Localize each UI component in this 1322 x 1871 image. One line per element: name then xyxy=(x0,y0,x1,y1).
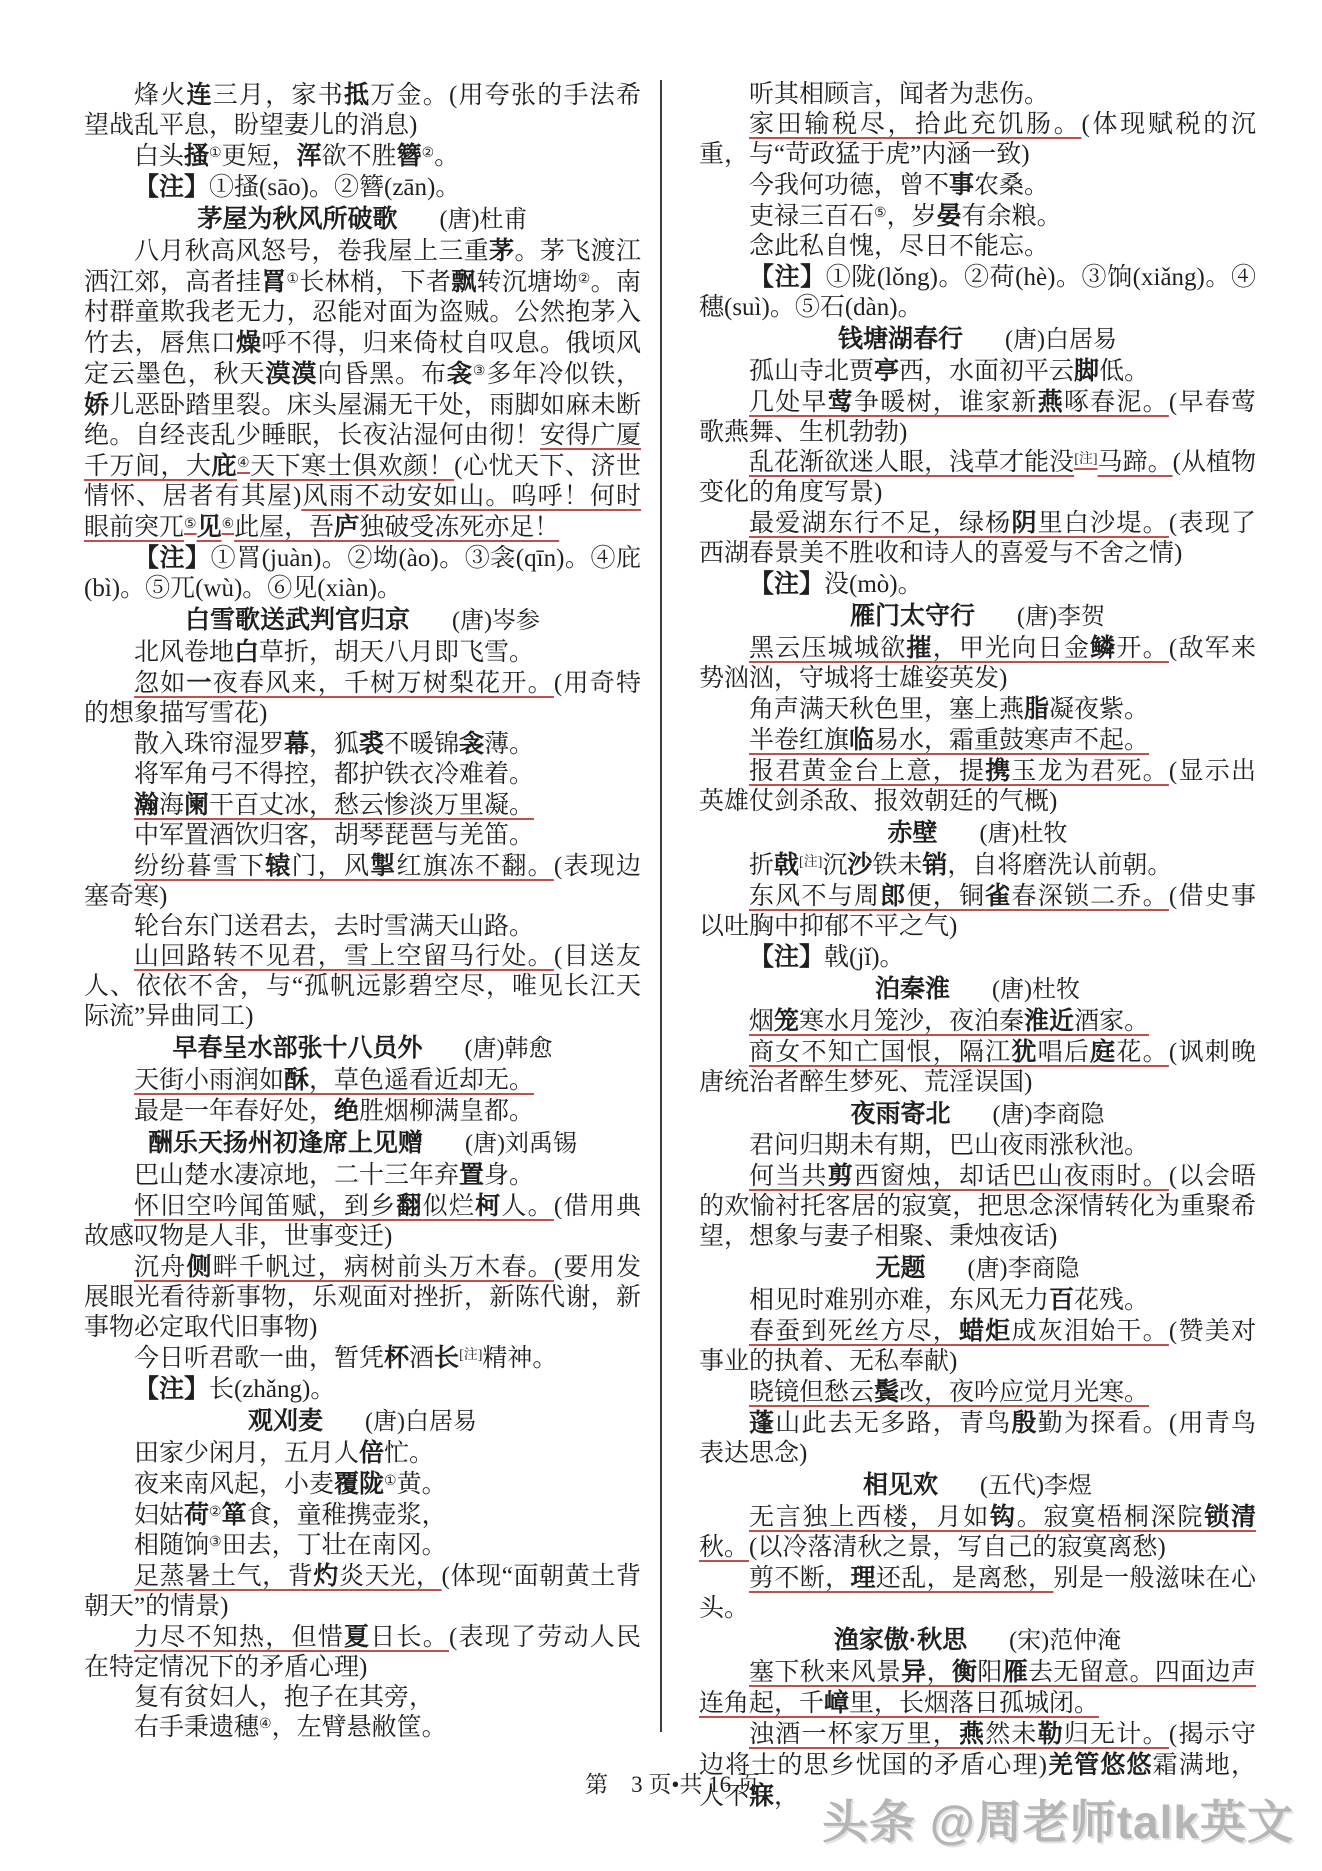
text-segment: 马蹄。 xyxy=(1098,449,1173,476)
text-segment: 独破受冻死亦足！ xyxy=(359,514,559,541)
text-segment: ⑤ xyxy=(874,206,887,221)
poem-paragraph: 妇姑荷②箪食，童稚携壶浆， xyxy=(84,1500,641,1531)
text-segment: ， xyxy=(927,1659,952,1686)
text-segment: ③ xyxy=(209,1535,222,1550)
text-segment: 寒水月笼沙，夜泊秦 xyxy=(799,1008,1024,1035)
text-segment: 人。 xyxy=(501,1193,553,1220)
text-segment: ，左臂悬敝筐。 xyxy=(272,1714,447,1741)
text-segment: 脂 xyxy=(1024,695,1049,723)
text-segment: 荷 xyxy=(184,1501,209,1529)
text-segment: 巴山楚水凄凉地，二十三年弃 xyxy=(134,1162,459,1189)
text-segment: 妇姑 xyxy=(134,1502,184,1529)
text-segment: 覆陇 xyxy=(334,1470,384,1498)
poem-title-line: 赤壁(唐)杜牧 xyxy=(699,818,1256,849)
text-segment: 多年冷似铁， xyxy=(486,361,641,388)
poem-paragraph: 怀旧空吟闻笛赋，到乡翻似烂柯人。(借用典故感叹物是人非，世事变迁) xyxy=(84,1191,641,1252)
poem-title: 钱塘湖春行 xyxy=(838,325,963,353)
text-segment: 白头 xyxy=(134,143,184,170)
text-segment: ① xyxy=(384,1474,397,1489)
text-segment: 纷纷暮雪下 xyxy=(134,853,265,880)
text-segment: 搔 xyxy=(184,142,209,170)
text-segment: 【注】 xyxy=(749,943,824,971)
poem-paragraph: 最是一年春好处，绝胜烟柳满皇都。 xyxy=(84,1096,641,1127)
text-segment: 绝 xyxy=(334,1097,359,1125)
text-segment: 三月，家书 xyxy=(213,82,344,109)
text-segment: 黄。 xyxy=(397,1471,447,1498)
text-segment: 不暖锦 xyxy=(384,731,459,758)
text-segment: 足蒸暑土气，背 xyxy=(134,1563,313,1590)
text-segment: 阑 xyxy=(184,791,209,819)
text-segment: 此屋，吾 xyxy=(234,514,334,541)
text-segment: 连 xyxy=(187,81,213,109)
text-segment: ④ xyxy=(237,456,250,471)
text-segment: 柯 xyxy=(475,1192,501,1220)
text-segment: 酒家。 xyxy=(1074,1008,1149,1035)
text-segment: 干百丈冰，愁云惨淡万里凝。 xyxy=(209,792,534,819)
text-segment: 飘 xyxy=(451,268,476,296)
text-segment: 烽火 xyxy=(134,82,187,109)
text-segment: 啄春泥。 xyxy=(1064,389,1169,416)
poem-author: (唐)李商隐 xyxy=(993,1102,1105,1128)
poem-paragraph: 吏禄三百石⑤，岁晏有余粮。 xyxy=(699,201,1256,232)
text-segment: 庭 xyxy=(1090,1038,1116,1066)
text-segment: 临 xyxy=(849,726,874,754)
poem-author: (唐)韩愈 xyxy=(465,1036,553,1062)
poem-title: 无题 xyxy=(876,1254,926,1282)
poem-paragraph: 春蚕到死丝方尽，蜡炬成灰泪始干。(赞美对事业的执着、无私奉献) xyxy=(699,1316,1256,1377)
poem-paragraph: 晓镜但愁云鬓改，夜吟应觉月光寒。 xyxy=(699,1377,1256,1408)
poem-title: 白雪歌送武判官归京 xyxy=(185,606,410,634)
text-segment: 笼 xyxy=(774,1007,799,1035)
text-segment: 【注】 xyxy=(134,544,211,572)
text-segment: 最爱湖东行不足，绿杨 xyxy=(749,510,1011,537)
text-segment: 家田输税尽，拾此充饥肠。 xyxy=(749,111,1081,138)
text-segment: 无言独上西楼，月如 xyxy=(749,1504,990,1531)
text-segment: 春深锁二乔。 xyxy=(1011,883,1168,910)
poem-title: 酬乐天扬州初逢席上见赠 xyxy=(148,1129,423,1157)
text-segment: 今我何功德，曾不 xyxy=(749,172,949,199)
poem-paragraph: 何当共剪西窗烛，却话巴山夜雨时。(以会晤的欢愉衬托客居的寂寞，把思念深情转化为重… xyxy=(699,1161,1256,1252)
text-segment: 山回路转不见君，雪上空留马行处。 xyxy=(134,943,554,970)
text-segment: ，甲光向日金 xyxy=(933,635,1090,662)
note-paragraph: 【注】没(mò)。 xyxy=(699,569,1256,600)
text-segment: 夏 xyxy=(344,1623,370,1651)
text-segment: 莺 xyxy=(828,388,854,416)
text-segment: 浑 xyxy=(297,142,322,170)
text-segment: 散入珠帘湿罗 xyxy=(134,731,284,758)
text-segment: 。 xyxy=(434,143,459,170)
poem-paragraph: 散入珠帘湿罗幕，狐裘不暖锦衾薄。 xyxy=(84,729,641,760)
poem-title-line: 茅屋为秋风所破歌(唐)杜甫 xyxy=(84,204,641,235)
poem-title-line: 渔家傲·秋思(宋)范仲淹 xyxy=(699,1625,1256,1656)
poem-title-line: 早春呈水部张十八员外(唐)韩愈 xyxy=(84,1033,641,1064)
text-segment: 天街小雨润如 xyxy=(134,1067,284,1094)
poem-paragraph: 半卷红旗临易水，霜重鼓寒声不起。 xyxy=(699,725,1256,756)
text-segment: 剪 xyxy=(828,1162,854,1190)
text-segment: 农桑。 xyxy=(974,172,1049,199)
text-segment: 几处早 xyxy=(749,389,828,416)
text-segment: 沉 xyxy=(822,852,847,879)
poem-author: (唐)白居易 xyxy=(365,1409,477,1435)
text-segment: 蜡炬 xyxy=(959,1317,1012,1345)
poem-paragraph: 黑云压城城欲摧，甲光向日金鳞开。(敌军来势汹汹，守城将士雄姿英发) xyxy=(699,633,1256,694)
text-segment: 见 xyxy=(197,513,222,541)
text-segment: 庇 xyxy=(212,452,238,480)
text-segment: 转沉塘坳 xyxy=(477,269,578,296)
text-segment: 雁 xyxy=(1003,1658,1028,1686)
poem-title-line: 酬乐天扬州初逢席上见赠(唐)刘禹锡 xyxy=(84,1128,641,1159)
text-segment: 戟 xyxy=(774,851,799,879)
poem-paragraph: 右手秉遗穗④，左臂悬敝筐。 xyxy=(84,1713,641,1743)
text-segment: 淮近 xyxy=(1024,1007,1074,1035)
poem-paragraph: 纷纷暮雪下辕门，风掣红旗冻不翻。(表现边塞奇寒) xyxy=(84,851,641,912)
text-segment: 里，长烟落日孤城闭。 xyxy=(849,1690,1099,1717)
text-segment: 今日听君歌一曲，暂凭 xyxy=(134,1345,384,1372)
poem-title-line: 雁门太守行(唐)李贺 xyxy=(699,601,1256,632)
poem-paragraph: 剪不断，理还乱，是离愁，别是一般滋味在心头。 xyxy=(699,1563,1256,1624)
poem-author: (唐)刘禹锡 xyxy=(465,1131,577,1157)
text-segment: 向昏黑。布 xyxy=(317,361,447,388)
text-segment: 黑云压城城欲 xyxy=(749,635,906,662)
text-segment: 食，童稚携壶浆， xyxy=(247,1502,447,1529)
text-segment: 炎天光， xyxy=(339,1563,442,1590)
poem-title-line: 钱塘湖春行(唐)白居易 xyxy=(699,324,1256,355)
poem-title-line: 相见欢(五代)李煜 xyxy=(699,1470,1256,1501)
poem-paragraph: 念此私自愧，尽日不能忘。 xyxy=(699,232,1256,262)
text-segment: 【注】 xyxy=(134,1375,209,1403)
text-segment: 西，水面初平云 xyxy=(899,358,1074,385)
text-segment: 报君黄金台上意，提 xyxy=(749,758,985,785)
poem-paragraph: 相见时难别亦难，东风无力百花残。 xyxy=(699,1285,1256,1316)
text-segment: 烟 xyxy=(749,1008,774,1035)
poem-title-line: 夜雨寄北(唐)李商隐 xyxy=(699,1099,1256,1130)
text-segment: 长林梢，下者 xyxy=(299,269,451,296)
poem-paragraph: 乱花渐欲迷人眼，浅草才能没[注]马蹄。(从植物变化的角度写景) xyxy=(699,448,1256,508)
text-segment: 郎 xyxy=(880,882,906,910)
text-segment: 改，夜吟应觉月光寒。 xyxy=(899,1379,1149,1406)
text-segment: 雀 xyxy=(985,882,1011,910)
text-segment: 低。 xyxy=(1099,358,1149,385)
text-segment: 箪 xyxy=(222,1501,247,1529)
poem-author: (唐)李贺 xyxy=(1017,604,1105,630)
poem-paragraph: 力尽不知热，但惜夏日长。(表现了劳动人民在特定情况下的矛盾心理) xyxy=(84,1622,641,1683)
note-paragraph: 【注】①搔(sāo)。②簪(zān)。 xyxy=(84,172,641,203)
text-segment: 听其相顾言，闻者为悲伤。 xyxy=(749,81,1049,108)
text-segment: 半卷红旗 xyxy=(749,727,849,754)
poem-title: 渔家傲·秋思 xyxy=(834,1626,967,1654)
text-segment: 嶂 xyxy=(824,1689,849,1717)
text-segment: 商女不知亡国恨，隔江 xyxy=(749,1039,1011,1066)
text-segment: 长(zhǎng)。 xyxy=(209,1376,335,1403)
text-segment: 燕 xyxy=(1038,388,1064,416)
poem-paragraph: 几处早莺争暖树，谁家新燕啄春泥。(早春莺歌燕舞、生机勃勃) xyxy=(699,387,1256,448)
text-segment: 鳞 xyxy=(1090,634,1116,662)
text-segment: 【注】 xyxy=(749,570,824,598)
text-segment: 摧 xyxy=(906,634,932,662)
right-column: 听其相顾言，闻者为悲伤。家田输税尽，拾此充饥肠。(体现赋税的沉重，与“苛政猛于虎… xyxy=(699,80,1256,1812)
poem-title: 夜雨寄北 xyxy=(851,1100,951,1128)
text-segment: 簪 xyxy=(397,142,422,170)
text-segment: 吏禄三百石 xyxy=(749,203,874,230)
text-segment: ，自将磨洗认前朝。 xyxy=(947,852,1172,879)
text-segment: 乱花渐欲迷人眼，浅草才能没 xyxy=(749,449,1074,476)
text-segment: 忽如 xyxy=(134,670,187,697)
text-segment: 东风不与周 xyxy=(749,883,880,910)
poem-title-line: 白雪歌送武判官归京(唐)岑参 xyxy=(84,605,641,636)
poem-title-line: 无题(唐)李商隐 xyxy=(699,1253,1256,1284)
text-segment: 角声满天秋色里，塞上燕 xyxy=(749,696,1024,723)
poem-title: 赤壁 xyxy=(888,819,938,847)
document-page: 烽火连三月，家书抵万金。(用夸张的手法希望战乱平息，盼望妻儿的消息)白头搔①更短… xyxy=(0,0,1322,1871)
text-segment: 更短， xyxy=(222,143,297,170)
text-segment: 阴 xyxy=(1011,509,1037,537)
poem-paragraph: 最爱湖东行不足，绿杨阴里白沙堤。(表现了西湖春景美不胜收和诗人的喜爱与不舍之情) xyxy=(699,508,1256,569)
text-segment: 衡 xyxy=(952,1658,977,1686)
text-segment: 怀旧空吟闻笛赋，到乡 xyxy=(134,1193,396,1220)
text-segment: 事 xyxy=(949,171,974,199)
text-segment: 掣 xyxy=(370,852,396,880)
text-segment: 白 xyxy=(234,638,259,666)
poem-paragraph: 天街小雨润如酥，草色遥看近却无。 xyxy=(84,1065,641,1096)
text-segment: ② xyxy=(422,146,435,161)
text-segment: 忙。 xyxy=(384,1440,434,1467)
text-segment: 犹 xyxy=(1011,1038,1037,1066)
poem-author: (五代)李煜 xyxy=(980,1473,1092,1499)
text-segment: 酥 xyxy=(284,1066,309,1094)
poem-paragraph: 东风不与周郎便，铜雀春深锁二乔。(借史事以吐胸中抑郁不平之气) xyxy=(699,881,1256,942)
text-segment: 晏 xyxy=(937,202,962,230)
text-segment: 罥 xyxy=(261,268,286,296)
poem-paragraph: 田家少闲月，五月人倍忙。 xyxy=(84,1438,641,1469)
text-segment: 【注】 xyxy=(134,173,209,201)
note-paragraph: 【注】戟(jǐ)。 xyxy=(699,942,1256,973)
text-segment: 凝夜紫。 xyxy=(1049,696,1149,723)
text-segment: 花残。 xyxy=(1074,1287,1149,1314)
text-segment: 侧 xyxy=(187,1253,213,1281)
text-segment: 君问归期未有期，巴山夜雨涨秋池。 xyxy=(749,1132,1149,1159)
poem-paragraph: 无言独上西楼，月如钩。寂寞梧桐深院锁清秋。(以冷落清秋之景，写自己的寂寞离愁) xyxy=(699,1502,1256,1563)
text-segment: 轮台东门送君去，去时雪满天山路。 xyxy=(134,913,534,940)
poem-title: 泊秦淮 xyxy=(875,975,950,1003)
text-segment: 。寂寞梧桐深院 xyxy=(1017,1504,1204,1531)
text-segment: 春蚕到死丝方尽， xyxy=(749,1318,959,1345)
text-segment: 塞下秋来风景 xyxy=(749,1659,901,1686)
text-segment: 念此私自愧，尽日不能忘。 xyxy=(749,233,1049,260)
text-segment: 日长。 xyxy=(370,1624,449,1651)
poem-paragraph: 夜来南风起，小麦覆陇①黄。 xyxy=(84,1469,641,1500)
text-segment: 一 xyxy=(187,669,213,697)
text-segment: 置 xyxy=(459,1161,484,1189)
text-segment: 衾 xyxy=(459,730,484,758)
poem-author: (唐)杜牧 xyxy=(980,821,1068,847)
text-segment: 沙 xyxy=(847,851,872,879)
text-segment: [注] xyxy=(1074,452,1097,467)
text-segment: 便，铜 xyxy=(906,883,985,910)
poem-paragraph: 中军置酒饮归客，胡琴琵琶与羌笛。 xyxy=(84,821,641,851)
text-segment: 没(mò)。 xyxy=(824,571,923,598)
poem-paragraph: 复有贫妇人，抱子在其旁， xyxy=(84,1683,641,1713)
text-segment: 铁未 xyxy=(872,852,922,879)
poem-author: (宋)范仲淹 xyxy=(1009,1628,1121,1654)
text-segment: 天下寒士俱欢颜！ xyxy=(250,453,454,480)
poem-paragraph: 巴山楚水凄凉地，二十三年弃置身。 xyxy=(84,1160,641,1191)
poem-author: (唐)岑参 xyxy=(452,608,540,634)
text-segment: 折 xyxy=(749,852,774,879)
poem-paragraph: 报君黄金台上意，提携玉龙为君死。(显示出英雄仗剑杀敌、报效朝廷的气概) xyxy=(699,756,1256,817)
text-segment: 胜烟柳满皇都。 xyxy=(359,1098,534,1125)
text-segment: 精神。 xyxy=(482,1345,557,1372)
text-segment: 戟(jǐ)。 xyxy=(824,944,905,971)
poem-paragraph: 足蒸暑土气，背灼炎天光，(体现“面朝黄土背朝天”的情景) xyxy=(84,1561,641,1622)
text-segment: 红旗冻不翻。 xyxy=(396,853,553,880)
text-segment: ，草色遥看近却无。 xyxy=(309,1067,534,1094)
text-segment: 田家少闲月，五月人 xyxy=(134,1440,359,1467)
text-segment: 娇 xyxy=(84,391,109,419)
text-segment: 易水，霜重鼓寒声不起。 xyxy=(874,727,1149,754)
text-segment: ① xyxy=(209,146,222,161)
text-segment: 蓬 xyxy=(749,1409,775,1437)
text-segment: 剪不断， xyxy=(749,1565,850,1592)
text-segment: 理 xyxy=(850,1564,875,1592)
poem-paragraph: 塞下秋来风景异，衡阳雁去无留意。四面边声连角起，千嶂里，长烟落日孤城闭。 xyxy=(699,1657,1256,1719)
text-segment: ① xyxy=(286,272,299,287)
poem-paragraph: 折戟[注]沉沙铁未销，自将磨洗认前朝。 xyxy=(699,850,1256,881)
note-paragraph: 【注】①陇(lǒng)。②荷(hè)。③饷(xiǎng)。④穗(suì)。⑤石(… xyxy=(699,262,1256,323)
watermark: 头条 @周老师talk英文 xyxy=(822,1786,1294,1852)
text-segment: ，岁 xyxy=(887,203,937,230)
text-segment: 成灰泪始干。 xyxy=(1011,1318,1168,1345)
text-segment: 翻 xyxy=(396,1192,422,1220)
text-segment: 杯 xyxy=(384,1344,409,1372)
text-segment: 草折，胡天八月即飞雪。 xyxy=(259,639,534,666)
text-segment: 还乱，是离愁， xyxy=(876,1565,1054,1592)
column-divider xyxy=(660,80,662,1732)
text-segment: 钩 xyxy=(990,1503,1017,1531)
text-segment: 争暖树，谁家新 xyxy=(854,389,1038,416)
text-segment: ⑤ xyxy=(184,517,197,532)
text-segment: 瀚 xyxy=(134,791,159,819)
text-segment: ，狐 xyxy=(309,731,359,758)
poem-paragraph: 商女不知亡国恨，隔江犹唱后庭花。(讽刺晚唐统治者醉生梦死、荒淫误国) xyxy=(699,1037,1256,1098)
text-segment: 花。 xyxy=(1116,1039,1168,1066)
poem-paragraph: 瀚海阑干百丈冰，愁云惨淡万里凝。 xyxy=(84,790,641,821)
text-segment: [注] xyxy=(459,1348,482,1363)
poem-paragraph: 烟笼寒水月笼沙，夜泊秦淮近酒家。 xyxy=(699,1006,1256,1037)
page-number-text: 第 3 页•共 16 页 xyxy=(585,1772,760,1797)
text-segment: [注] xyxy=(799,855,822,870)
poem-author: (唐)杜牧 xyxy=(992,977,1080,1003)
poem-author: (唐)杜甫 xyxy=(440,207,528,233)
text-segment: 身。 xyxy=(484,1162,534,1189)
poem-title: 早春呈水部张十八员外 xyxy=(173,1034,423,1062)
poem-paragraph: 今我何功德，曾不事农桑。 xyxy=(699,170,1256,201)
text-segment: 有余粮。 xyxy=(962,203,1062,230)
text-segment: 唱后 xyxy=(1038,1039,1090,1066)
text-segment: 里白沙堤。 xyxy=(1038,510,1169,537)
text-segment: 携 xyxy=(985,757,1011,785)
text-segment: 长 xyxy=(434,1344,459,1372)
text-segment: 海 xyxy=(159,792,184,819)
text-segment: 酒 xyxy=(409,1345,434,1372)
text-segment: 复有贫妇人，抱子在其旁， xyxy=(134,1684,434,1711)
text-segment: 鬓 xyxy=(874,1378,899,1406)
text-segment: 【注】 xyxy=(749,263,826,291)
text-segment: 裘 xyxy=(359,730,384,758)
text-segment: ⑥ xyxy=(222,517,235,532)
poem-author: (唐)白居易 xyxy=(1005,327,1117,353)
text-segment: 右手秉遗穗 xyxy=(134,1714,259,1741)
text-segment: 田去，丁壮在南冈。 xyxy=(222,1532,447,1559)
text-segment: ①搔(sāo)。②簪(zān)。 xyxy=(209,174,460,201)
left-column: 烽火连三月，家书抵万金。(用夸张的手法希望战乱平息，盼望妻儿的消息)白头搔①更短… xyxy=(84,80,641,1743)
poem-title-line: 泊秦淮(唐)杜牧 xyxy=(699,974,1256,1005)
text-segment: ② xyxy=(209,1505,222,1520)
text-segment: 欲不胜 xyxy=(322,143,397,170)
poem-paragraph: 山回路转不见君，雪上空留马行处。(目送友人、依依不舍，与“孤帆远影碧空尽，唯见长… xyxy=(84,942,641,1032)
poem-paragraph: 忽如一夜春风来，千树万树梨花开。(用奇特的想象描写雪花) xyxy=(84,668,641,729)
text-segment: 殷 xyxy=(1011,1409,1037,1437)
text-segment: 山此去无多路，青鸟 xyxy=(775,1410,1011,1437)
poem-author: (唐)李商隐 xyxy=(968,1256,1080,1282)
text-segment: 漠漠 xyxy=(265,360,317,388)
text-segment: 畔千帆过，病树前头万木春。 xyxy=(213,1254,554,1281)
poem-paragraph: 沉舟侧畔千帆过，病树前头万木春。(要用发展眼光看待新事物，乐观面对挫折，新陈代谢… xyxy=(84,1252,641,1343)
poem-paragraph: 烽火连三月，家书抵万金。(用夸张的手法希望战乱平息，盼望妻儿的消息) xyxy=(84,80,641,141)
poem-title: 观刈麦 xyxy=(248,1407,323,1435)
poem-paragraph: 今日听君歌一曲，暂凭杯酒长[注]精神。 xyxy=(84,1343,641,1374)
poem-paragraph: 孤山寺北贾亭西，水面初平云脚低。 xyxy=(699,356,1256,387)
text-segment: 将军角弓不得控，都护铁衣冷难着。 xyxy=(134,761,534,788)
text-segment: 力尽不知热，但惜 xyxy=(134,1624,344,1651)
text-segment: 燥 xyxy=(236,329,261,357)
text-segment: 茅 xyxy=(489,237,514,265)
text-segment: 沉舟 xyxy=(134,1254,187,1281)
text-segment: 孤山寺北贾 xyxy=(749,358,874,385)
poem-paragraph: 八月秋高风怒号，卷我屋上三重茅。茅飞渡江洒江郊，高者挂罥①长林梢，下者飘转沉塘坳… xyxy=(84,236,641,543)
text-segment: 秋。 xyxy=(699,1534,749,1561)
poem-paragraph: 北风卷地白草折，胡天八月即飞雪。 xyxy=(84,637,641,668)
text-segment: (以冷落清秋之景，写自己的寂寞离愁) xyxy=(749,1534,1166,1561)
text-segment: 庐 xyxy=(334,513,359,541)
text-segment: 百 xyxy=(1049,1286,1074,1314)
text-segment: 相见时难别亦难，东风无力 xyxy=(749,1287,1049,1314)
text-segment: 西窗烛，却话巴山夜雨时。 xyxy=(854,1163,1169,1190)
note-paragraph: 【注】①罥(juàn)。②坳(ào)。③衾(qīn)。④庇(bì)。⑤兀(wù)… xyxy=(84,543,641,604)
poem-paragraph: 家田输税尽，拾此充饥肠。(体现赋税的沉重，与“苛政猛于虎”内涵一致) xyxy=(699,110,1256,170)
note-paragraph: 【注】长(zhǎng)。 xyxy=(84,1374,641,1405)
poem-title-line: 观刈麦(唐)白居易 xyxy=(84,1406,641,1437)
text-segment: 八月秋高风怒号，卷我屋上三重 xyxy=(134,238,489,265)
poem-title: 相见欢 xyxy=(863,1471,938,1499)
text-segment: 脚 xyxy=(1074,357,1099,385)
text-segment: 阳 xyxy=(977,1659,1002,1686)
text-segment: 中军置酒饮归客，胡琴琵琶与羌笛。 xyxy=(134,822,534,849)
poem-paragraph: 将军角弓不得控，都护铁衣冷难着。 xyxy=(84,760,641,790)
poem-paragraph: 轮台东门送君去，去时雪满天山路。 xyxy=(84,912,641,942)
text-segment: 门，风 xyxy=(291,853,370,880)
poem-title: 雁门太守行 xyxy=(850,602,975,630)
poem-paragraph: 蓬山此去无多路，青鸟殷勤为探看。(用青鸟表达思念) xyxy=(699,1408,1256,1469)
text-segment: 晓镜但愁云 xyxy=(749,1379,874,1406)
text-segment: 薄。 xyxy=(484,731,534,758)
text-segment: 开。 xyxy=(1116,635,1168,662)
text-segment: 夜春风来，千树万树梨花开。 xyxy=(213,670,554,697)
text-segment: 似烂 xyxy=(423,1193,475,1220)
text-segment: 灼 xyxy=(313,1562,339,1590)
text-segment: 夜来南风起，小麦 xyxy=(134,1471,334,1498)
text-segment: 幕 xyxy=(284,730,309,758)
text-segment: 最是一年春好处， xyxy=(134,1098,334,1125)
